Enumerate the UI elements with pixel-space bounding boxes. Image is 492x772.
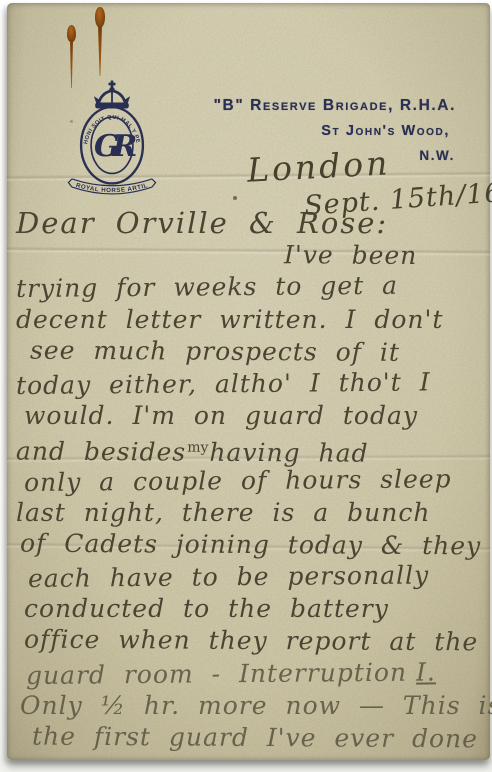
rust-stain-left: [67, 25, 76, 42]
rust-stain-right: [95, 7, 105, 28]
body-line: of Cadets joining today & they: [20, 527, 487, 562]
body-line: office when they report at the: [24, 624, 487, 659]
body-line-segment: guard room - Interruption: [26, 657, 407, 689]
salutation: Dear Orville & Rose:: [16, 207, 487, 239]
royal-cypher: GR: [94, 129, 136, 164]
rust-stain-right-drip: [98, 26, 102, 76]
body-line-interruption: guard room - InterruptionI.: [26, 656, 487, 692]
letter-paper: HONI SOIT QUI MAL Y PENSE GR ROYAL HORSE…: [7, 3, 490, 760]
body-line: trying for weeks to get a: [16, 269, 487, 305]
body-line: last night, there is a bunch: [16, 497, 487, 529]
body-line: the first guard I've ever done: [32, 721, 487, 756]
body-line: Only ½ hr. more now — This is: [20, 690, 487, 722]
letterhead-unit-line: "B" Reserve Brigade, R.H.A.: [214, 93, 456, 119]
letter-body: Dear Orville & Rose: I've been trying fo…: [16, 207, 487, 754]
body-line: today either, altho' I tho't I: [16, 366, 487, 402]
body-line: each have to be personally: [28, 559, 487, 595]
body-line: decent letter written. I don't: [16, 304, 487, 336]
body-line: conducted to the battery: [24, 593, 487, 625]
body-line-with-insertion: and besidesmyhaving had: [16, 431, 487, 466]
inserted-word: my: [187, 440, 208, 456]
body-line-segment: and besides: [16, 437, 186, 467]
underlined-numeral: I.: [416, 657, 436, 686]
ink-speck: [233, 196, 237, 200]
body-line: I've been: [16, 238, 487, 273]
handwritten-place: London: [246, 143, 391, 189]
body-line: only a couple of hours sleep: [24, 462, 487, 498]
scan-background: HONI SOIT QUI MAL Y PENSE GR ROYAL HORSE…: [0, 0, 492, 772]
crown-icon: [94, 81, 129, 108]
body-line: see much prospects of it: [30, 334, 487, 369]
body-line: would. I'm on guard today: [24, 400, 487, 432]
letterhead-district-line: St John's Wood,: [214, 119, 456, 144]
regimental-crest: HONI SOIT QUI MAL Y PENSE GR ROYAL HORSE…: [62, 78, 162, 198]
